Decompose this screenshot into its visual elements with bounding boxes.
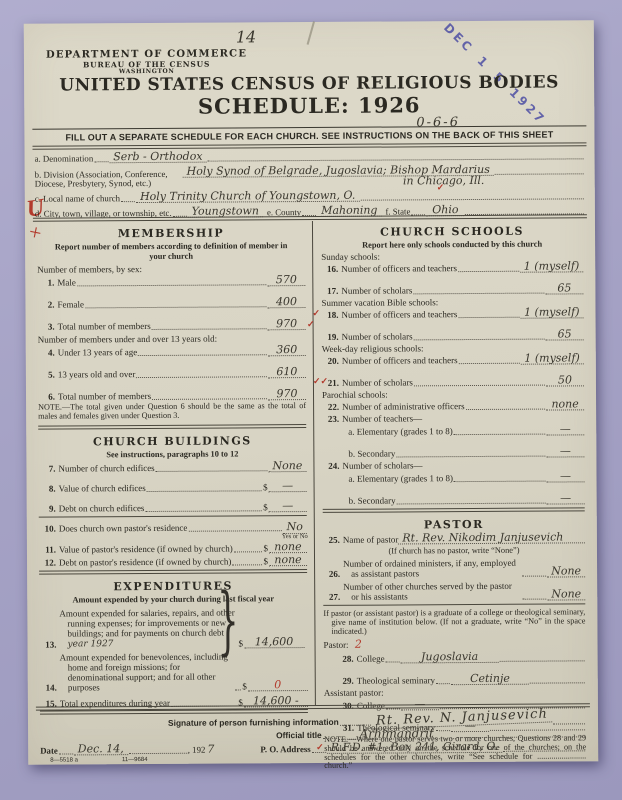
question-value: —	[546, 446, 584, 457]
question-value: None	[547, 589, 585, 600]
dotted-leader	[414, 384, 545, 386]
pastor-title: PASTOR	[323, 517, 585, 532]
graduate-instructions: If pastor (or assistant pastor) is a gra…	[323, 607, 585, 636]
question-row-21: ✓✓ 21. Number of scholars 50	[322, 375, 584, 388]
dotted-leader	[77, 284, 267, 286]
question-row-13: 13. Amount expended for salaries, repair…	[39, 607, 307, 650]
buildings-subtitle: See instructions, paragraphs 10 to 12	[48, 449, 296, 460]
question-number: 18.	[321, 309, 338, 319]
question-value: —	[546, 471, 584, 482]
question-number: 22.	[322, 401, 339, 411]
paper-tear	[307, 21, 315, 45]
question-value: 65	[546, 329, 584, 340]
question-number: 2.	[37, 300, 54, 310]
question-label: Value of pastor's residence (if owned by…	[59, 544, 233, 555]
section-divider	[38, 424, 306, 430]
dollar-sign: $	[263, 482, 268, 492]
dotted-leader	[414, 338, 545, 340]
question-label: Number of officers and teachers	[342, 355, 458, 366]
dotted-leader	[145, 510, 261, 512]
question-value: 14,600	[244, 637, 304, 648]
question-number: 12.	[39, 558, 56, 568]
question-label: Number of church edifices	[58, 463, 154, 474]
dotted-leader	[59, 753, 73, 754]
question-row-12: 12. Debt on pastor's residence (if owned…	[39, 555, 307, 568]
question-label: Total number of members	[58, 321, 151, 332]
date-address-row: Date Dec. 14, , 192 7 P. O. Address R.F.…	[40, 741, 586, 755]
dotted-leader	[85, 306, 267, 308]
signature-row: Signature of person furnishing informati…	[40, 709, 586, 728]
dotted-leader	[188, 530, 281, 532]
parochial-schools-group: Parochial schools:	[322, 388, 584, 400]
question-number: 9.	[39, 504, 56, 514]
form-body-columns: MEMBERSHIP Report number of members acco…	[35, 219, 588, 706]
question-value: —	[269, 501, 307, 512]
membership-note: NOTE.—The total given under Question 6 s…	[38, 402, 306, 421]
question-label-text: Amount expended for salaries, repairs, a…	[59, 607, 235, 638]
dotted-leader	[232, 564, 261, 565]
question-row-2: 2. Female 400	[37, 297, 305, 310]
red-check-mark: ✓	[312, 307, 320, 317]
question-label: Theological seminary	[357, 675, 435, 685]
field-division: b. Division (Association, Conference, Di…	[35, 164, 585, 188]
dotted-leader	[129, 753, 187, 754]
question-value: 1 (myself)	[520, 307, 584, 318]
official-title-label: Official title	[276, 730, 322, 740]
question-label: a. Elementary (grades 1 to 8)	[348, 426, 453, 437]
question-number: 28.	[334, 654, 354, 664]
question-value: 970	[268, 319, 306, 330]
question-value: Jugoslavia	[401, 652, 499, 664]
field-a-value: Serb - Orthodox	[109, 152, 206, 164]
red-check-mark: ✓	[437, 182, 445, 193]
dotted-leader	[454, 433, 546, 435]
question-row-1: 1. Male 570	[37, 275, 305, 288]
field-b-value-line2: in Chicago, Ill.	[183, 175, 585, 187]
question-label: Total number of members	[58, 391, 151, 402]
dotted-leader	[530, 682, 585, 683]
dotted-leader	[503, 750, 585, 752]
question-value: 50	[546, 375, 584, 386]
instruction-banner: FILL OUT A SEPARATE SCHEDULE FOR EACH CH…	[32, 125, 586, 144]
membership-group2: Number of members under and over 13 year…	[38, 333, 306, 345]
dotted-leader	[340, 725, 372, 726]
question-label: b. Secondary	[349, 495, 396, 505]
question-label: Does church own pastor's residence	[59, 523, 188, 534]
question-number: 6.	[38, 392, 55, 402]
dotted-leader	[413, 292, 544, 294]
dotted-leader	[500, 660, 585, 662]
dotted-leader	[457, 736, 585, 738]
dotted-leader	[312, 752, 326, 753]
question-label: Debt on church edifices	[59, 503, 145, 514]
question-number: 1.	[37, 278, 54, 288]
left-column: MEMBERSHIP Report number of members acco…	[35, 221, 316, 707]
question-number: 4.	[38, 348, 55, 358]
expenditures-title: EXPENDITURES	[39, 579, 307, 594]
identification-fields: a. Denomination Serb - Orthodox b. Divis…	[35, 149, 585, 222]
question-number: 23.	[322, 413, 339, 423]
form-number-1: 8—5518 a	[50, 757, 78, 763]
question-value: —	[547, 493, 585, 504]
question-label: 13 years old and over	[58, 369, 136, 379]
buildings-title: CHURCH BUILDINGS	[38, 434, 306, 449]
dollar-sign: $	[264, 556, 269, 566]
department-block: DEPARTMENT OF COMMERCE BUREAU OF THE CEN…	[46, 48, 247, 76]
question-value: 360	[268, 345, 306, 356]
question-row-29: 29. Theological seminary Cetinje	[334, 673, 586, 686]
question-label: Male	[57, 277, 76, 287]
signature-value: Rt. Rev. N. Janjusevich	[372, 706, 552, 729]
question-number: 26.	[323, 569, 340, 579]
red-pastor-mark: 2	[355, 638, 362, 651]
question-row-24b: b. Secondary —	[349, 493, 585, 505]
question-label: Number of administrative officers	[342, 401, 465, 412]
question-value: 1 (myself)	[520, 353, 584, 364]
question-label: Number of scholars—	[342, 460, 422, 470]
question-label: Debt on pastor's residence (if owned by …	[59, 557, 231, 568]
question-label: Under 13 years of age	[58, 347, 138, 357]
question-row-14: 14. Amount expended for benevolences, in…	[40, 651, 308, 693]
dotted-leader	[466, 408, 545, 409]
red-check-mark: ✓	[307, 319, 315, 329]
question-label: Number of scholars	[342, 331, 413, 341]
question-label: Number of teachers—	[342, 413, 422, 423]
dotted-leader	[436, 683, 450, 684]
po-address-label: P. O. Address	[260, 744, 310, 754]
census-form-sheet: DEPARTMENT OF COMMERCE BUREAU OF THE CEN…	[24, 20, 599, 764]
question-label: Number of scholars	[341, 285, 412, 295]
question-label: Number of officers and teachers	[341, 263, 457, 274]
question-row-20: 20. Number of officers and teachers 1 (m…	[322, 353, 584, 366]
question-label: Amount expended for salaries, repairs, a…	[59, 607, 237, 649]
field-a-label: a. Denomination	[35, 153, 94, 163]
question-value: 970	[268, 389, 306, 400]
question-row-26: 26. Number of ordained ministers, if any…	[323, 557, 585, 579]
question-row-19: 19. Number of scholars 65	[322, 329, 584, 342]
question-value: 610	[268, 367, 306, 378]
question-label: Amount expended for benevolences, includ…	[60, 651, 234, 692]
signature-block: Signature of person furnishing informati…	[40, 709, 586, 760]
question-value: 570	[267, 275, 305, 286]
question-value: None	[547, 566, 585, 577]
signature-label: Signature of person furnishing informati…	[168, 717, 339, 728]
question-label: Number of scholars	[342, 377, 413, 387]
dotted-leader	[234, 689, 240, 690]
dotted-leader	[234, 551, 262, 552]
question-row-6: 6. Total number of members 970	[38, 389, 306, 402]
pastor-none-note: (If church has no pastor, write “None”)	[323, 545, 585, 556]
dotted-leader	[396, 455, 545, 457]
membership-title: MEMBERSHIP	[37, 226, 305, 241]
question-row-25: 25. Name of pastor Rt. Rev. Nikodim Janj…	[323, 532, 585, 545]
question-value: none	[269, 555, 307, 566]
question-number: 8.	[39, 484, 56, 494]
dollar-sign: $	[263, 543, 268, 553]
schools-subtitle: Report here only schools conducted by th…	[321, 239, 583, 250]
question-number: 11.	[39, 545, 56, 555]
dotted-leader	[522, 599, 546, 600]
handwritten-year-note: year 1927	[68, 639, 114, 649]
date-value: Dec. 14,	[74, 744, 128, 755]
form-subtitle: SCHEDULE: 1926	[24, 91, 594, 119]
question-row-8: 8. Value of church edifices $ —	[39, 481, 307, 494]
question-number: 13.	[40, 639, 57, 649]
membership-subtitle: Report number of members according to de…	[47, 241, 295, 262]
field-c-value: Holy Trinity Church of Youngstown, O.	[136, 191, 359, 203]
question-number: 3.	[38, 322, 55, 332]
field-b-label: b. Division (Association, Conference, Di…	[35, 170, 183, 189]
question-row-23b: b. Secondary —	[348, 446, 584, 458]
question-row-11: 11. Value of pastor's residence (if owne…	[39, 542, 307, 555]
question-value: Cetinje	[451, 674, 529, 685]
question-row-18: ✓ 18. Number of officers and teachers 1 …	[321, 307, 583, 320]
dotted-leader	[458, 270, 519, 271]
field-c-label: c. Local name of church	[35, 193, 120, 204]
dotted-leader	[454, 480, 546, 482]
dotted-leader	[323, 738, 337, 739]
dotted-leader	[152, 328, 267, 330]
date-handwritten-digit: 7	[207, 745, 214, 755]
section-divider	[39, 515, 307, 518]
question-number: 25.	[323, 534, 340, 544]
question-label: a. Elementary (grades 1 to 8)	[348, 473, 453, 484]
dotted-leader	[94, 161, 108, 162]
question-row-23a: a. Elementary (grades 1 to 8) —	[348, 424, 584, 436]
section-divider	[39, 569, 307, 575]
question-number: 24.	[322, 460, 339, 470]
question-value: none	[269, 542, 307, 553]
dotted-leader	[458, 316, 519, 317]
section-divider	[323, 603, 585, 606]
question-row-7: 7. Number of church edifices None	[38, 461, 306, 474]
question-number: 17.	[321, 285, 338, 295]
official-title-row: Official title Arhimandrit	[40, 727, 586, 741]
field-local-name: ✓ c. Local name of church Holy Trinity C…	[35, 189, 585, 203]
dotted-leader	[136, 376, 267, 378]
question-value-red: 0	[248, 680, 308, 691]
dotted-leader	[360, 198, 583, 200]
dollar-sign: $	[263, 502, 268, 512]
expenditures-section: EXPENDITURES Amount expended by your chu…	[39, 579, 308, 714]
question-row-17: 17. Number of scholars 65	[321, 283, 583, 296]
question-number: 20.	[322, 355, 339, 365]
question-row-9: 9. Debt on church edifices $ —	[39, 501, 307, 514]
question-label: Name of pastor	[343, 534, 399, 544]
question-row-23-header: 23. Number of teachers—	[322, 412, 584, 424]
dotted-leader	[522, 576, 546, 577]
question-row-24-header: 24. Number of scholars—	[322, 459, 584, 471]
question-number: 10.	[39, 524, 56, 534]
question-label: College	[357, 654, 385, 664]
question-number: 27.	[323, 592, 340, 602]
question-number: 19.	[322, 331, 339, 341]
question-label: b. Secondary	[348, 448, 395, 458]
membership-group1: Number of members, by sex:	[37, 263, 305, 275]
dotted-leader	[386, 661, 400, 662]
question-value: 400	[267, 297, 305, 308]
question-number: 7.	[38, 464, 55, 474]
question-label: Number of other churches served by the p…	[343, 581, 521, 602]
date-printed-year: , 192	[188, 745, 206, 755]
question-value: 65	[545, 283, 583, 294]
expenditures-subtitle: Amount expended by your church during la…	[49, 594, 297, 605]
red-double-check-mark: ✓✓	[313, 375, 328, 385]
po-address-value: R.F.D. #1, Box 241, Girard, O.	[327, 742, 503, 754]
question-number: 14.	[40, 682, 57, 692]
question-row-22: 22. Number of administrative officers no…	[322, 399, 584, 412]
question-row-28: 28. College Jugoslavia	[334, 651, 586, 664]
dotted-leader	[553, 723, 585, 724]
question-value: —	[269, 481, 307, 492]
dotted-leader	[386, 708, 400, 709]
dotted-leader	[156, 470, 268, 472]
question-label: Female	[57, 299, 84, 309]
date-label: Date	[40, 746, 58, 756]
assistant-pastor-subheader: Assistant pastor:	[324, 686, 586, 698]
question-value: none	[546, 399, 584, 410]
pastor-subheader: Pastor: 2	[323, 636, 585, 651]
question-label: Value of church edifices	[59, 483, 146, 494]
question-value: None	[268, 461, 306, 472]
question-row-4: 4. Under 13 years of age 360	[38, 345, 306, 358]
official-title-value: Arhimandrit	[338, 728, 456, 740]
question-label: Number of ordained ministers, if any, em…	[343, 558, 521, 579]
field-denomination: a. Denomination Serb - Orthodox	[35, 149, 585, 163]
question-row-24a: a. Elementary (grades 1 to 8) —	[348, 471, 584, 483]
form-number-2: 11—9684	[122, 757, 148, 763]
question-row-10: 10. Does church own pastor's residence N…	[39, 522, 307, 534]
dollar-sign: $	[242, 681, 247, 691]
question-row-16: 16. Number of officers and teachers 1 (m…	[321, 261, 583, 274]
dotted-leader	[208, 158, 584, 161]
question-number: 29.	[334, 676, 354, 686]
pastor-subheader-label: Pastor:	[324, 640, 349, 650]
dotted-leader	[121, 201, 135, 202]
question-value: —	[546, 424, 584, 435]
schools-title: CHURCH SCHOOLS	[321, 224, 583, 239]
dotted-leader	[147, 490, 261, 492]
dotted-leader	[459, 362, 520, 363]
section-divider	[323, 507, 585, 513]
question-number: 16.	[321, 263, 338, 273]
dotted-leader	[152, 398, 267, 400]
dotted-leader	[138, 354, 267, 356]
question-row-27: 27. Number of other churches served by t…	[323, 580, 585, 602]
question-number: 5.	[38, 370, 55, 380]
dollar-sign: $	[238, 638, 243, 648]
desk-background: { "annotations": { "page_number": "14", …	[0, 0, 622, 800]
question-value: 1 (myself)	[520, 261, 584, 272]
right-column: CHURCH SCHOOLS Report here only schools …	[313, 219, 588, 705]
question-row-5: 5. 13 years old and over 610	[38, 367, 306, 380]
dotted-leader	[397, 502, 546, 504]
pastor-name-value: Rt. Rev. Nikodim Janjusevich	[398, 532, 585, 544]
question-row-3: 3. Total number of members 970 ✓	[38, 319, 306, 332]
handwritten-page-number: 14	[236, 27, 256, 46]
question-label: Number of officers and teachers	[341, 309, 457, 320]
field-b-value-block: Holy Synod of Belgrade, Jugoslavia; Bish…	[183, 164, 585, 187]
